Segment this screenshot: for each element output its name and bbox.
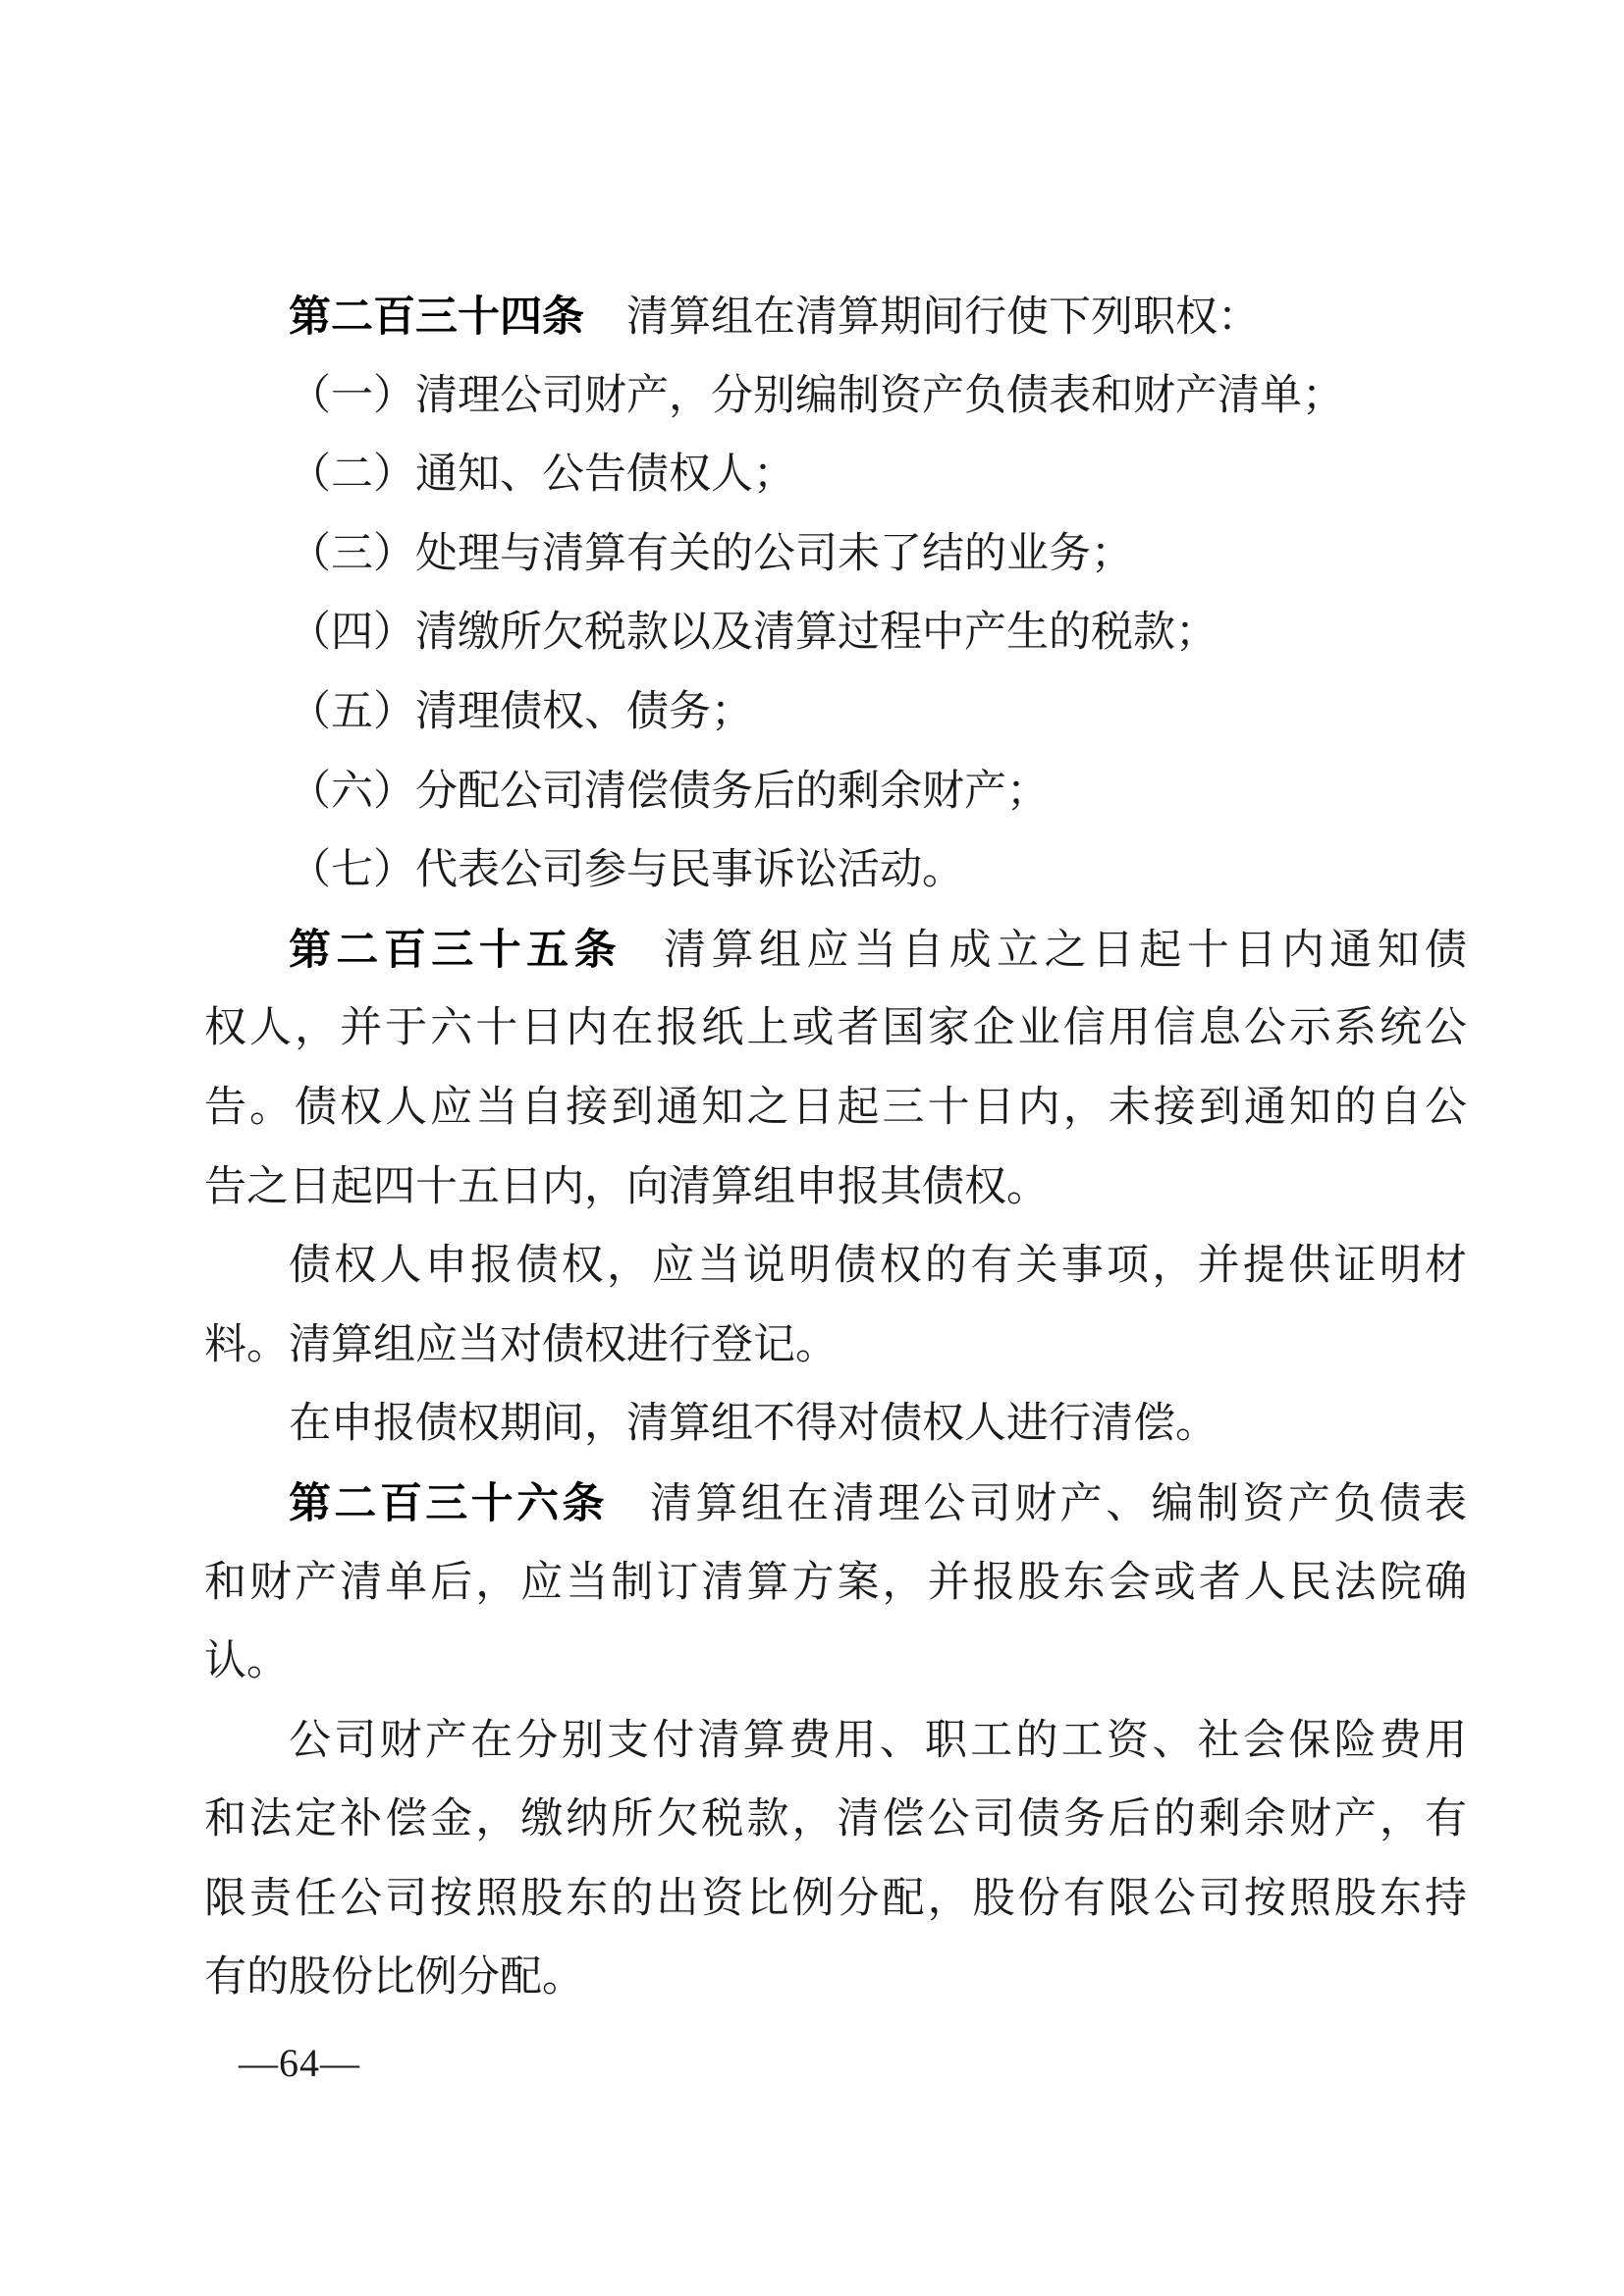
article-236-number: 第二百三十六条 bbox=[289, 1480, 608, 1527]
document-page: 第二百三十四条清算组在清算期间行使下列职权： （一）清理公司财产，分别编制资产负… bbox=[0, 0, 1624, 2296]
article-235-text-line: 权人，并于六十日内在报纸上或者国家企业信用信息公示系统公 bbox=[204, 989, 1467, 1069]
article-236-para2-line: 公司财产在分别支付清算费用、职工的工资、社会保险费用 bbox=[204, 1702, 1467, 1782]
article-235-para2-line: 料。清算组应当对债权进行登记。 bbox=[204, 1307, 1467, 1386]
article-235-heading-line: 第二百三十五条清算组应当自成立之日起十日内通知债 bbox=[204, 911, 1467, 990]
clause-item-4: （四）清缴所欠税款以及清算过程中产生的税款； bbox=[204, 594, 1467, 673]
article-235-para3-line: 在申报债权期间，清算组不得对债权人进行清偿。 bbox=[204, 1385, 1467, 1465]
clause-item-1: （一）清理公司财产，分别编制资产负债表和财产清单； bbox=[204, 357, 1467, 437]
article-235-text-line: 告。债权人应当自接到通知之日起三十日内，未接到通知的自公 bbox=[204, 1069, 1467, 1148]
article-235-text-start: 清算组应当自成立之日起十日内通知债 bbox=[664, 928, 1467, 974]
article-234-heading-line: 第二百三十四条清算组在清算期间行使下列职权： bbox=[204, 278, 1467, 357]
clause-item-7: （七）代表公司参与民事诉讼活动。 bbox=[204, 831, 1467, 911]
clause-item-3: （三）处理与清算有关的公司未了结的业务； bbox=[204, 515, 1467, 595]
article-236-text-line: 认。 bbox=[204, 1623, 1467, 1702]
article-236-para2-line: 限责任公司按照股东的出资比例分配，股份有限公司按照股东持 bbox=[204, 1860, 1467, 1940]
article-234-intro: 清算组在清算期间行使下列职权： bbox=[626, 294, 1260, 341]
clause-item-5: （五）清理债权、债务； bbox=[204, 673, 1467, 753]
clause-item-6: （六）分配公司清偿债务后的剩余财产； bbox=[204, 753, 1467, 832]
article-236-para2-line: 和法定补偿金，缴纳所欠税款，清偿公司债务后的剩余财产，有 bbox=[204, 1781, 1467, 1860]
document-body: 第二百三十四条清算组在清算期间行使下列职权： （一）清理公司财产，分别编制资产负… bbox=[204, 278, 1467, 2018]
article-235-text-line: 告之日起四十五日内，向清算组申报其债权。 bbox=[204, 1148, 1467, 1228]
article-236-text-start: 清算组在清理公司财产、编制资产负债表 bbox=[650, 1481, 1467, 1527]
article-234-number: 第二百三十四条 bbox=[289, 294, 584, 341]
clause-item-2: （二）通知、公告债权人； bbox=[204, 436, 1467, 515]
article-236-para2-line: 有的股份比例分配。 bbox=[204, 1939, 1467, 2018]
article-236-text-line: 和财产清单后，应当制订清算方案，并报股东会或者人民法院确 bbox=[204, 1544, 1467, 1624]
article-236-heading-line: 第二百三十六条清算组在清理公司财产、编制资产负债表 bbox=[204, 1465, 1467, 1544]
page-number: —64— bbox=[239, 2040, 360, 2087]
article-235-para2-line: 债权人申报债权，应当说明债权的有关事项，并提供证明材 bbox=[204, 1227, 1467, 1307]
article-235-number: 第二百三十五条 bbox=[289, 927, 622, 974]
